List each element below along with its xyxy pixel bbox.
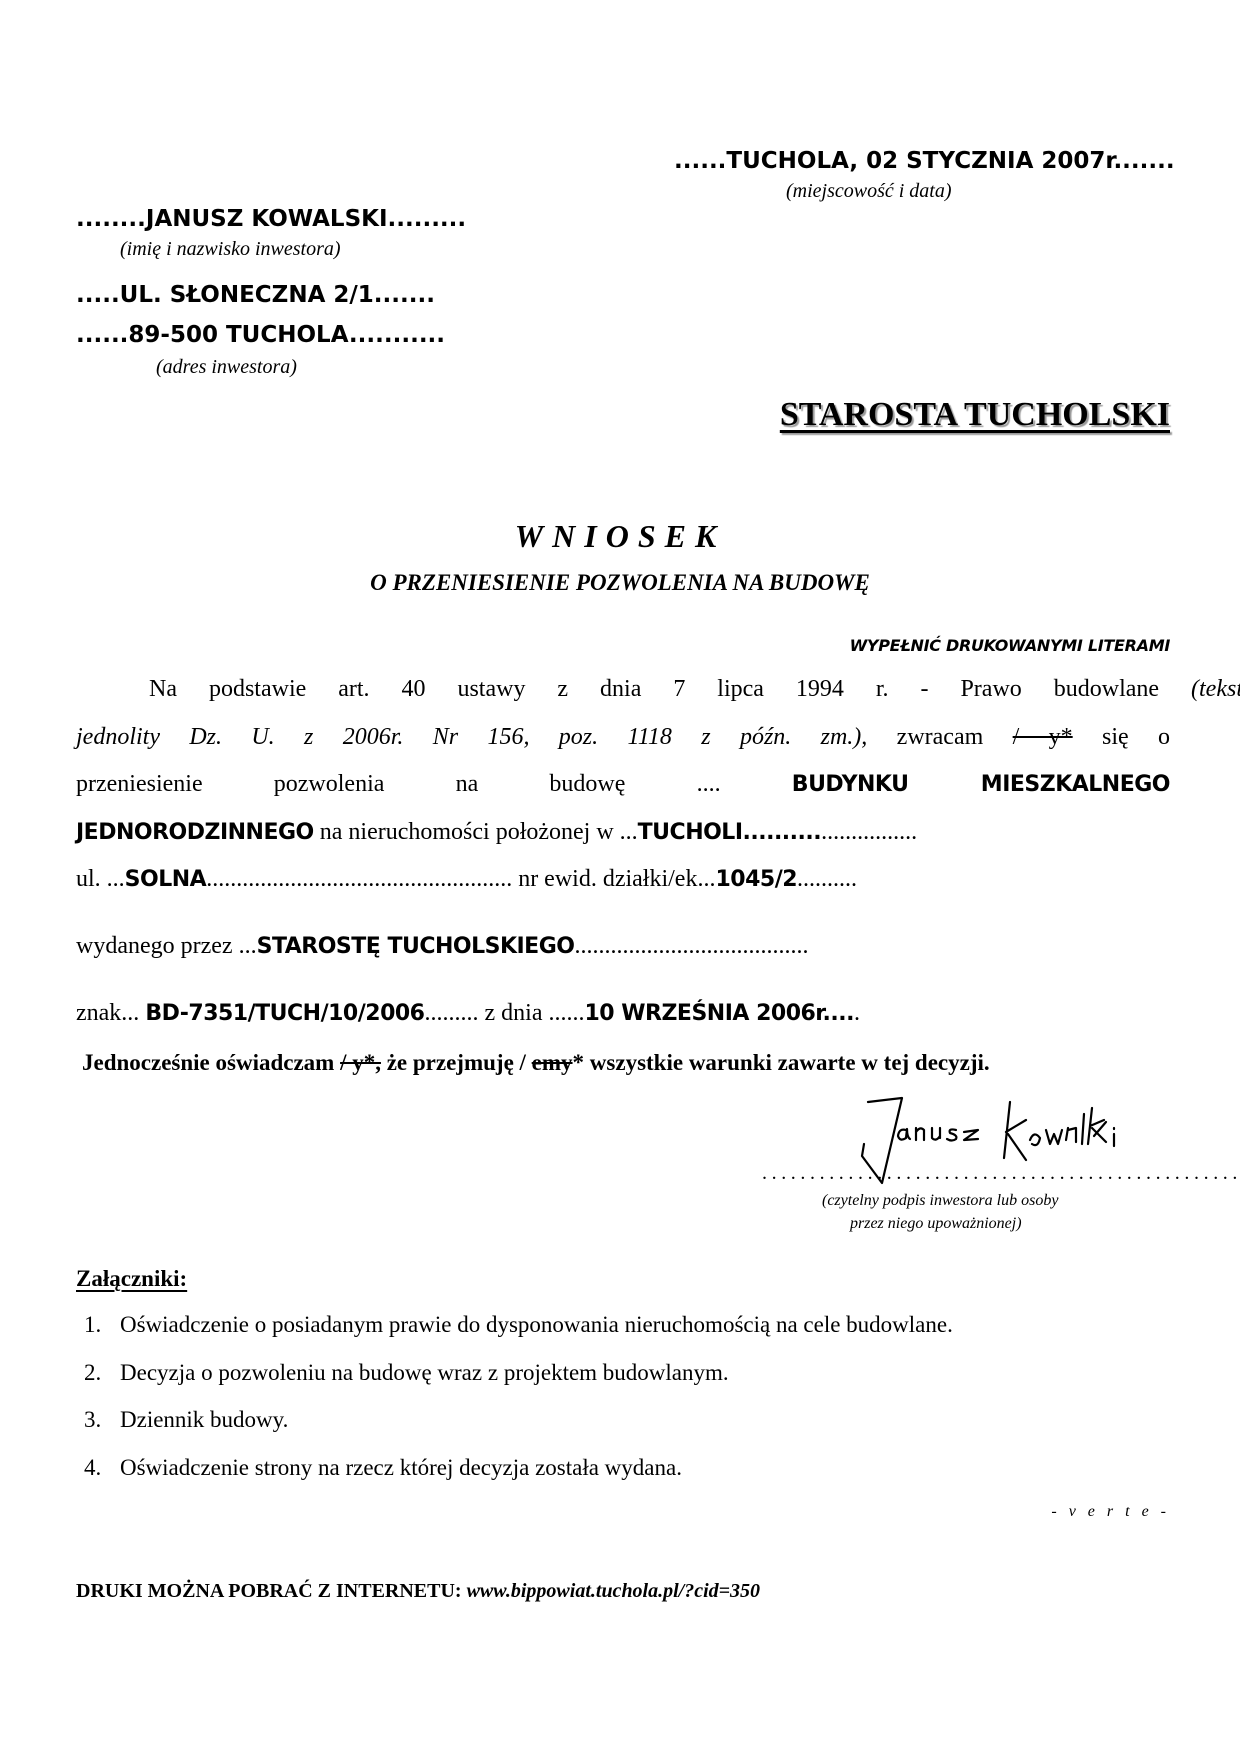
signature-caption: (czytelny podpis inwestora lub osoby	[822, 1192, 1058, 1210]
legal-basis-text: Na podstawie art. 40 ustawy z dnia 7 lip…	[149, 676, 1159, 702]
attachment-item: 4.Oświadczenie strony na rzecz której de…	[84, 1455, 682, 1481]
transfer-text: przeniesienie pozwolenia na budowę ....	[76, 771, 721, 797]
reference-number-field: BD-7351/TUCH/10/2006	[145, 1001, 424, 1026]
body-line-3: przeniesienie pozwolenia na budowę .... …	[76, 771, 1170, 798]
parcel-field: 1045/2	[715, 867, 797, 892]
investor-city: ......89-500 TUCHOLA...........	[76, 322, 445, 348]
attachment-number: 1.	[84, 1312, 120, 1338]
parcel-dots: ..........	[797, 866, 857, 892]
declaration-struck-1: / y*,	[340, 1050, 381, 1075]
attachment-text: Oświadczenie o posiadanym prawie do dysp…	[120, 1312, 953, 1337]
declaration-part-2: że przejmuję /	[387, 1050, 526, 1075]
reference-dots: .........	[425, 1000, 479, 1026]
attachment-item: 3.Dziennik budowy.	[84, 1407, 288, 1433]
body-line-1: Na podstawie art. 40 ustawy z dnia 7 lip…	[76, 676, 1240, 703]
street-field: SOLNA	[125, 867, 207, 892]
fill-instruction: WYPEŁNIĆ DRUKOWANYMI LITERAMI	[850, 636, 1170, 655]
street-label: ul. ...	[76, 866, 125, 892]
attachment-text: Dziennik budowy.	[120, 1407, 288, 1432]
investor-address-caption: (adres inwestora)	[156, 356, 297, 379]
body-line-4: JEDNORODZINNEGO na nieruchomości położon…	[76, 819, 1170, 846]
signature-caption-cont: przez niego upoważnionej)	[850, 1215, 1022, 1233]
locality-dots: ................	[821, 819, 917, 845]
struck-suffix: / y*	[1013, 724, 1073, 750]
issued-by-dots: .......................................	[574, 933, 808, 959]
signature-line: ........................................…	[762, 1162, 1240, 1185]
verte-note: - v e r t e -	[1051, 1503, 1170, 1521]
body-line-6: wydanego przez ...STAROSTĘ TUCHOLSKIEGO.…	[76, 933, 1170, 960]
investor-name: ........JANUSZ KOWALSKI.........	[76, 206, 466, 232]
legal-basis-italic: (tekst	[1191, 676, 1240, 702]
declaration-statement: Jednocześnie oświadczam / y*, że przejmu…	[82, 1050, 990, 1076]
attachment-text: Decyzja o pozwoleniu na budowę wraz z pr…	[120, 1360, 729, 1385]
attachments-heading: Załączniki:	[76, 1266, 187, 1292]
declaration-part-1: Jednocześnie oświadczam	[82, 1050, 334, 1075]
place-and-date-caption: (miejscowość i data)	[786, 180, 952, 203]
body-line-5: ul. ...SOLNA............................…	[76, 866, 1170, 893]
decision-date-tail: .	[854, 1000, 860, 1026]
investor-street: .....UL. SŁONECZNA 2/1.......	[76, 282, 435, 308]
attachment-number: 2.	[84, 1360, 120, 1386]
place-and-date: ......TUCHOLA, 02 STYCZNIA 2007r.......	[674, 148, 1175, 174]
document-subtitle: O PRZENIESIENIE POZWOLENIA NA BUDOWĘ	[0, 570, 1240, 596]
attachment-item: 2.Decyzja o pozwoleniu na budowę wraz z …	[84, 1360, 729, 1386]
locality-field: TUCHOLI	[638, 820, 743, 845]
attachment-text: Oświadczenie strony na rzecz której decy…	[120, 1455, 682, 1480]
street-dots: ........................................…	[206, 866, 512, 892]
property-location-label: na nieruchomości położonej w ...	[320, 819, 638, 845]
declaration-part-3: * wszystkie warunki zawarte w tej decyzj…	[573, 1050, 990, 1075]
reference-label: znak...	[76, 1000, 139, 1026]
decision-date-label: z dnia ......	[485, 1000, 585, 1026]
footer-url-link[interactable]: www.bippowiat.tuchola.pl/?cid=350	[467, 1580, 760, 1602]
request-verb: zwracam	[897, 724, 984, 750]
issued-by-field: STAROSTĘ TUCHOLSKIEGO	[257, 934, 575, 959]
footer-label: DRUKI MOŻNA POBRAĆ Z INTERNETU:	[76, 1580, 462, 1602]
recipient-authority: STAROSTA TUCHOLSKI	[780, 396, 1170, 434]
body-line-2: jednolity Dz. U. z 2006r. Nr 156, poz. 1…	[76, 724, 1170, 751]
building-type-field-cont: JEDNORODZINNEGO	[76, 820, 314, 845]
footer-download-note: DRUKI MOŻNA POBRAĆ Z INTERNETU: www.bipp…	[76, 1580, 760, 1603]
attachment-number: 3.	[84, 1407, 120, 1433]
building-type-field: BUDYNKU MIESZKALNEGO	[792, 772, 1170, 797]
request-tail: się o	[1102, 724, 1170, 750]
attachment-item: 1.Oświadczenie o posiadanym prawie do dy…	[84, 1312, 953, 1338]
declaration-struck-2: emy	[532, 1050, 573, 1075]
issued-by-label: wydanego przez ...	[76, 933, 257, 959]
legal-citation: jednolity Dz. U. z 2006r. Nr 156, poz. 1…	[76, 724, 867, 750]
investor-name-caption: (imię i nazwisko inwestora)	[120, 238, 341, 261]
parcel-label: nr ewid. działki/ek...	[518, 866, 715, 892]
document-title: WNIOSEK	[0, 518, 1240, 555]
attachment-number: 4.	[84, 1455, 120, 1481]
decision-date-field: 10 WRZEŚNIA 2006r....	[584, 1001, 853, 1026]
locality-dots-bold: ..........	[743, 820, 822, 845]
body-line-7: znak... BD-7351/TUCH/10/2006......... z …	[76, 1000, 1170, 1027]
